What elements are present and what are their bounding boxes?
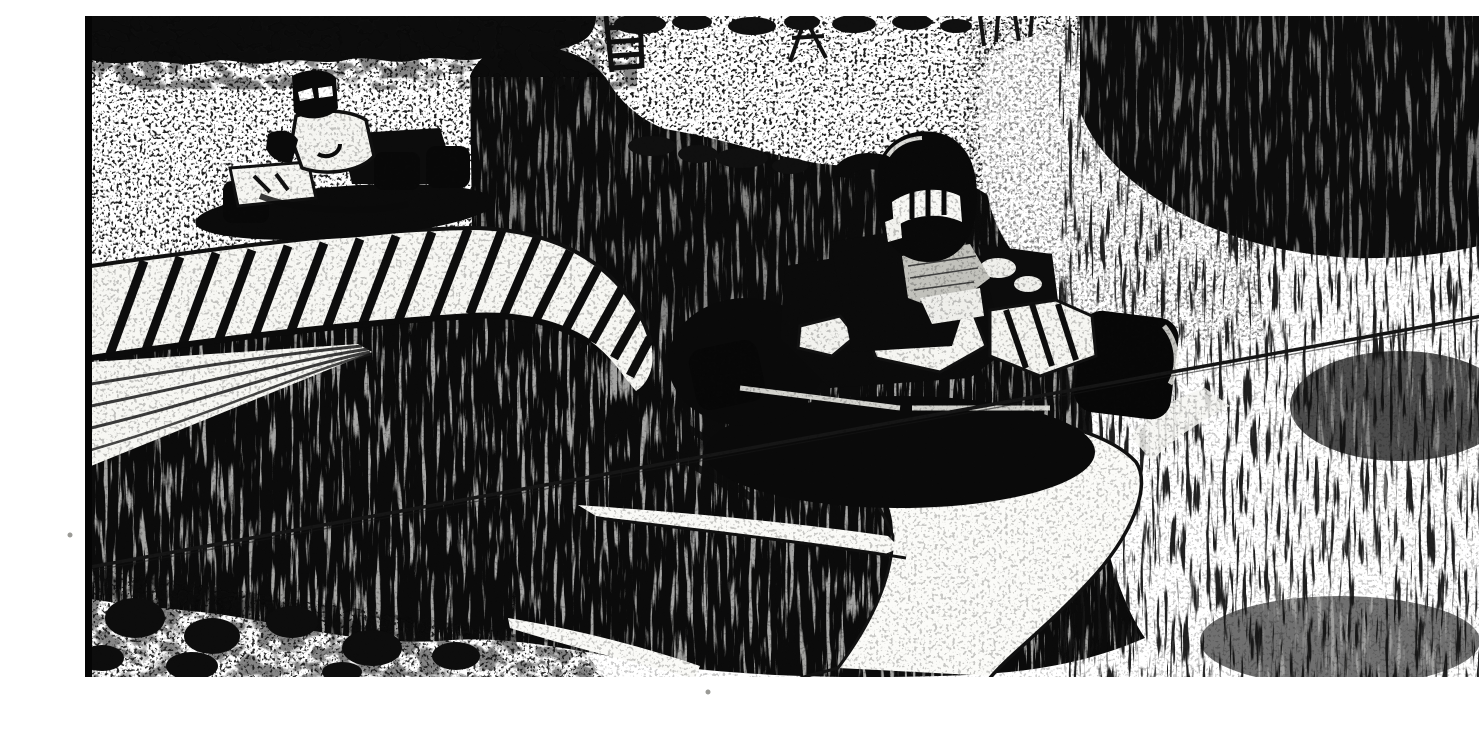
panel-canvas [40,16,1479,724]
margin-speck-left [68,533,73,538]
manga-panel [40,16,1479,724]
margin-speck-bottom [706,690,711,695]
scan-dust [85,16,1479,678]
panel-border [85,16,92,677]
